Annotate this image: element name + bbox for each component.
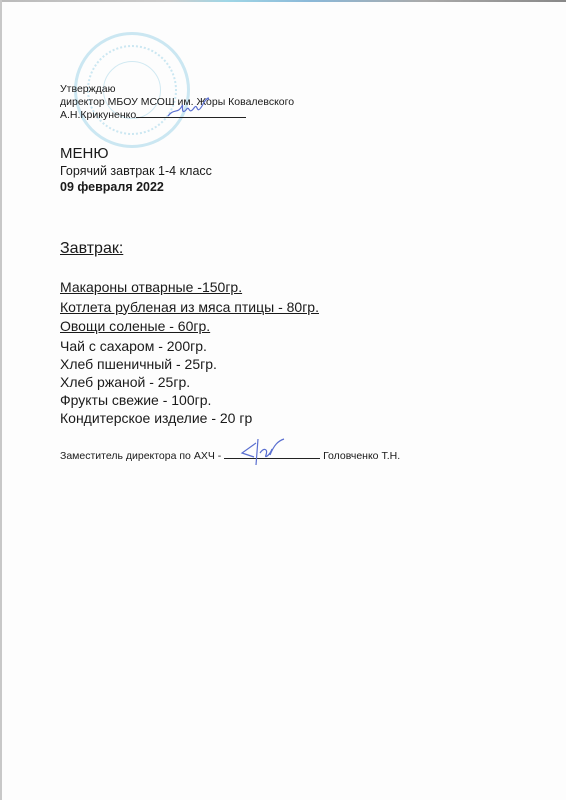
menu-title: МЕНЮ <box>60 145 109 162</box>
menu-item: Котлета рубленая из мяса птицы - 80гр. <box>60 298 319 318</box>
deputy-position: Заместитель директора по АХЧ - <box>60 450 221 462</box>
deputy-signature <box>238 435 288 467</box>
scan-edge-left <box>0 0 2 800</box>
menu-item: Овощи соленые - 60гр. <box>60 317 319 337</box>
breakfast-heading: Завтрак: <box>60 240 123 258</box>
scan-edge-top <box>0 0 566 2</box>
deputy-signature-line <box>224 449 320 459</box>
menu-item: Хлеб ржаной - 25гр. <box>60 373 319 391</box>
menu-item: Кондитерское изделие - 20 гр <box>60 409 319 427</box>
approver-name-line: А.Н.Крикуненко <box>60 108 294 122</box>
menu-item: Макароны отварные -150гр. <box>60 278 319 298</box>
deputy-signature-block: Заместитель директора по АХЧ - Головченк… <box>60 449 400 462</box>
approver-signature <box>164 94 214 120</box>
approval-block: Утверждаю директор МБОУ МСОШ им. Жоры Ко… <box>60 83 294 122</box>
menu-item: Фрукты свежие - 100гр. <box>60 391 319 409</box>
menu-item: Чай с сахаром - 200гр. <box>60 337 319 355</box>
menu-item: Хлеб пшеничный - 25гр. <box>60 355 319 373</box>
deputy-name: Головченко Т.Н. <box>323 450 400 462</box>
approver-name: А.Н.Крикуненко <box>60 109 136 121</box>
menu-date: 09 февраля 2022 <box>60 180 164 194</box>
menu-subtitle: Горячий завтрак 1-4 класс <box>60 164 212 178</box>
breakfast-items: Макароны отварные -150гр. Котлета рублен… <box>60 278 319 428</box>
approver-signature-line <box>136 108 246 118</box>
